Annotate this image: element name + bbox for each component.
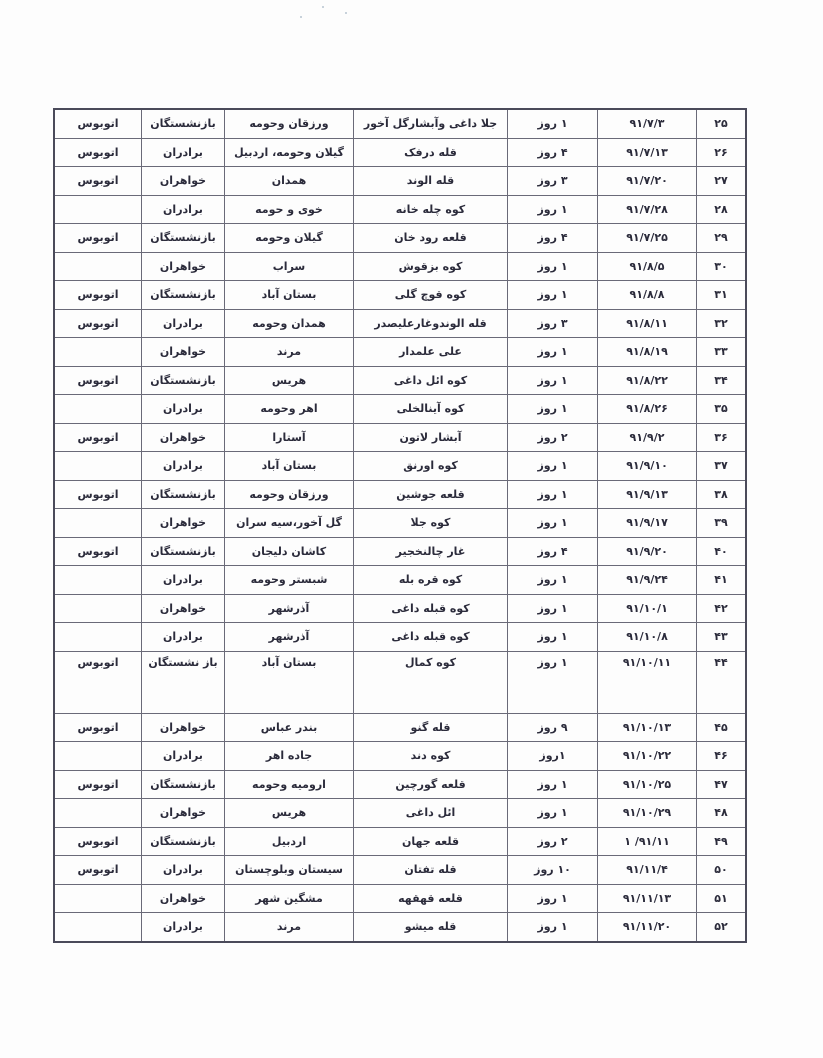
table-row: ۳۷۹۱/۹/۱۰۱ روزکوه اورنقبستان آبادبرادران — [54, 452, 746, 481]
row-number-cell: ۳۴ — [697, 366, 747, 395]
row-number-cell: ۳۰ — [697, 252, 747, 281]
transport-cell: اتوبوس — [54, 856, 142, 885]
group-cell: بازنشستگان — [142, 224, 225, 253]
row-number-cell: ۲۶ — [697, 138, 747, 167]
date-cell: ۹۱/۷/۱۳ — [598, 138, 697, 167]
row-number-cell: ۴۱ — [697, 566, 747, 595]
transport-cell — [54, 594, 142, 623]
duration-cell: ۱ روز — [508, 366, 598, 395]
group-cell: خواهران — [142, 884, 225, 913]
duration-cell: ۲ روز — [508, 827, 598, 856]
duration-cell: ۱ روز — [508, 480, 598, 509]
duration-cell: ۱ روز — [508, 252, 598, 281]
region-cell: بندر عباس — [225, 713, 354, 742]
destination-cell: کوه قبله داغی — [354, 594, 508, 623]
table-row: ۵۲۹۱/۱۱/۲۰۱ روزقله میشومرندبرادران — [54, 913, 746, 942]
row-number-cell: ۳۸ — [697, 480, 747, 509]
date-cell: ۹۱/۹/۱۳ — [598, 480, 697, 509]
transport-cell: اتوبوس — [54, 281, 142, 310]
destination-cell: کوه قبله داغی — [354, 623, 508, 652]
region-cell: هریس — [225, 799, 354, 828]
group-cell: بازنشستگان — [142, 480, 225, 509]
destination-cell: کوه قوچ گلی — [354, 281, 508, 310]
transport-cell — [54, 884, 142, 913]
date-cell: ۹۱/۱۰/۲۹ — [598, 799, 697, 828]
row-number-cell: ۳۳ — [697, 338, 747, 367]
duration-cell: ۳ روز — [508, 167, 598, 196]
date-cell: ۹۱/۱۱/۱۳ — [598, 884, 697, 913]
destination-cell: کوه چله خانه — [354, 195, 508, 224]
duration-cell: ۱ روز — [508, 338, 598, 367]
group-cell: برادران — [142, 566, 225, 595]
row-number-cell: ۵۱ — [697, 884, 747, 913]
table-row: ۲۶۹۱/۷/۱۳۴ روزقله درفکگیلان وحومه، اردبی… — [54, 138, 746, 167]
region-cell: آستارا — [225, 423, 354, 452]
destination-cell: کوه ائل داغی — [354, 366, 508, 395]
region-cell: آذرشهر — [225, 623, 354, 652]
transport-cell — [54, 452, 142, 481]
scan-speck — [300, 16, 302, 18]
duration-cell: ۱ روز — [508, 452, 598, 481]
transport-cell — [54, 566, 142, 595]
table-row: ۲۹۹۱/۷/۲۵۴ روزقلعه رود خانگیلان وحومهباز… — [54, 224, 746, 253]
duration-cell: ۱۰ روز — [508, 856, 598, 885]
date-cell: ۹۱/۹/۲ — [598, 423, 697, 452]
row-number-cell: ۴۰ — [697, 537, 747, 566]
table-row: ۲۵۹۱/۷/۳۱ روزجلا داغی وآبشارگل آخورورزقا… — [54, 109, 746, 138]
transport-cell: اتوبوس — [54, 167, 142, 196]
row-number-cell: ۴۸ — [697, 799, 747, 828]
region-cell: شبستر وحومه — [225, 566, 354, 595]
transport-cell: اتوبوس — [54, 109, 142, 138]
row-number-cell: ۲۹ — [697, 224, 747, 253]
region-cell: بستان آباد — [225, 281, 354, 310]
row-number-cell: ۵۲ — [697, 913, 747, 942]
group-cell: بازنشستگان — [142, 281, 225, 310]
duration-cell: ۱روز — [508, 742, 598, 771]
row-number-cell: ۳۷ — [697, 452, 747, 481]
destination-cell: قله میشو — [354, 913, 508, 942]
table-row: ۴۸۹۱/۱۰/۲۹۱ روزائل داغیهریسخواهران — [54, 799, 746, 828]
destination-cell: قله الوندوغارعلیصدر — [354, 309, 508, 338]
group-cell: خواهران — [142, 799, 225, 828]
duration-cell: ۱ روز — [508, 770, 598, 799]
date-cell: ۹۱/۸/۵ — [598, 252, 697, 281]
date-cell: ۹۱/۸/۱۹ — [598, 338, 697, 367]
region-cell: سیستان وبلوچستان — [225, 856, 354, 885]
transport-cell — [54, 395, 142, 424]
date-cell: ۹۱/۱۰/۱۱ — [598, 651, 697, 713]
date-cell: ۹۱/۷/۲۸ — [598, 195, 697, 224]
row-number-cell: ۳۹ — [697, 509, 747, 538]
region-cell: هریس — [225, 366, 354, 395]
table-row: ۴۶۹۱/۱۰/۲۲۱روزکوه دندجاده اهربرادران — [54, 742, 746, 771]
group-cell: برادران — [142, 195, 225, 224]
destination-cell: آبشار لاتون — [354, 423, 508, 452]
destination-cell: قله الوند — [354, 167, 508, 196]
duration-cell: ۱ روز — [508, 195, 598, 224]
program-schedule-table: ۲۵۹۱/۷/۳۱ روزجلا داغی وآبشارگل آخورورزقا… — [53, 108, 747, 943]
region-cell: ارومیه وحومه — [225, 770, 354, 799]
transport-cell — [54, 742, 142, 771]
table-row: ۳۵۹۱/۸/۲۶۱ روزکوه آینالخلیاهر وحومهبرادر… — [54, 395, 746, 424]
row-number-cell: ۳۲ — [697, 309, 747, 338]
destination-cell: قلعه قهقهه — [354, 884, 508, 913]
destination-cell: قلعه جوشین — [354, 480, 508, 509]
duration-cell: ۲ روز — [508, 423, 598, 452]
destination-cell: کوه بزقوش — [354, 252, 508, 281]
group-cell: خواهران — [142, 509, 225, 538]
transport-cell: اتوبوس — [54, 770, 142, 799]
region-cell: همدان — [225, 167, 354, 196]
date-cell: ۹۱/۷/۲۵ — [598, 224, 697, 253]
group-cell: بازنشستگان — [142, 109, 225, 138]
region-cell: مرند — [225, 913, 354, 942]
group-cell: باز نشستگان — [142, 651, 225, 713]
duration-cell: ۱ روز — [508, 395, 598, 424]
transport-cell: اتوبوس — [54, 827, 142, 856]
row-number-cell: ۴۳ — [697, 623, 747, 652]
destination-cell: ائل داغی — [354, 799, 508, 828]
row-number-cell: ۳۵ — [697, 395, 747, 424]
scan-speck — [345, 12, 347, 14]
duration-cell: ۱ روز — [508, 799, 598, 828]
duration-cell: ۱ روز — [508, 651, 598, 713]
duration-cell: ۱ روز — [508, 623, 598, 652]
schedule-table-body: ۲۵۹۱/۷/۳۱ روزجلا داغی وآبشارگل آخورورزقا… — [54, 109, 746, 942]
destination-cell: کوه دند — [354, 742, 508, 771]
table-row: ۳۸۹۱/۹/۱۳۱ روزقلعه جوشینورزقان وحومهبازن… — [54, 480, 746, 509]
destination-cell: غار چالنخجیر — [354, 537, 508, 566]
table-row: ۳۲۹۱/۸/۱۱۳ روزقله الوندوغارعلیصدرهمدان و… — [54, 309, 746, 338]
date-cell: ۹۱/۹/۱۷ — [598, 509, 697, 538]
region-cell: اردبیل — [225, 827, 354, 856]
duration-cell: ۱ روز — [508, 566, 598, 595]
table-row: ۳۹۹۱/۹/۱۷۱ روزکوه جلاگل آخور،سیه سرانخوا… — [54, 509, 746, 538]
group-cell: بازنشستگان — [142, 770, 225, 799]
date-cell: ۹۱/۷/۲۰ — [598, 167, 697, 196]
region-cell: اهر وحومه — [225, 395, 354, 424]
region-cell: جاده اهر — [225, 742, 354, 771]
table-row: ۳۰۹۱/۸/۵۱ روزکوه بزقوشسرابخواهران — [54, 252, 746, 281]
date-cell: ۹۱/۱۰/۸ — [598, 623, 697, 652]
transport-cell: اتوبوس — [54, 366, 142, 395]
date-cell: ۹۱/۸/۱۱ — [598, 309, 697, 338]
date-cell: ۹۱/۷/۳ — [598, 109, 697, 138]
date-cell: ۹۱/۹/۲۴ — [598, 566, 697, 595]
row-number-cell: ۴۹ — [697, 827, 747, 856]
duration-cell: ۴ روز — [508, 224, 598, 253]
date-cell: ۹۱/۹/۲۰ — [598, 537, 697, 566]
group-cell: برادران — [142, 742, 225, 771]
group-cell: خواهران — [142, 423, 225, 452]
region-cell: ورزقان وحومه — [225, 480, 354, 509]
group-cell: برادران — [142, 623, 225, 652]
duration-cell: ۱ روز — [508, 109, 598, 138]
group-cell: برادران — [142, 309, 225, 338]
table-row: ۳۳۹۱/۸/۱۹۱ روزعلی علمدارمرندخواهران — [54, 338, 746, 367]
scanned-page: ۲۵۹۱/۷/۳۱ روزجلا داغی وآبشارگل آخورورزقا… — [0, 0, 823, 1058]
region-cell: سراب — [225, 252, 354, 281]
group-cell: برادران — [142, 913, 225, 942]
destination-cell: قله تفتان — [354, 856, 508, 885]
transport-cell: اتوبوس — [54, 309, 142, 338]
transport-cell — [54, 799, 142, 828]
row-number-cell: ۳۱ — [697, 281, 747, 310]
region-cell: همدان وحومه — [225, 309, 354, 338]
date-cell: ۹۱/۱۰/۲۲ — [598, 742, 697, 771]
table-row: ۵۱۹۱/۱۱/۱۳۱ روزقلعه قهقههمشگین شهرخواهرا… — [54, 884, 746, 913]
destination-cell: کوه کمال — [354, 651, 508, 713]
table-row: ۲۸۹۱/۷/۲۸۱ روزکوه چله خانهخوی و حومهبراد… — [54, 195, 746, 224]
transport-cell: اتوبوس — [54, 537, 142, 566]
group-cell: بازنشستگان — [142, 827, 225, 856]
table-row: ۴۰۹۱/۹/۲۰۴ روزغار چالنخجیرکاشان دلیجانبا… — [54, 537, 746, 566]
date-cell: ۹۱/۱۱/ ۱ — [598, 827, 697, 856]
destination-cell: کوه قره بله — [354, 566, 508, 595]
table-row: ۲۷۹۱/۷/۲۰۳ روزقله الوندهمدانخواهراناتوبو… — [54, 167, 746, 196]
duration-cell: ۱ روز — [508, 509, 598, 538]
transport-cell: اتوبوس — [54, 480, 142, 509]
row-number-cell: ۲۵ — [697, 109, 747, 138]
row-number-cell: ۳۶ — [697, 423, 747, 452]
destination-cell: قله درفک — [354, 138, 508, 167]
region-cell: مشگین شهر — [225, 884, 354, 913]
row-number-cell: ۴۴ — [697, 651, 747, 713]
duration-cell: ۱ روز — [508, 884, 598, 913]
group-cell: خواهران — [142, 338, 225, 367]
transport-cell — [54, 509, 142, 538]
group-cell: خواهران — [142, 252, 225, 281]
region-cell: آذرشهر — [225, 594, 354, 623]
region-cell: گیلان وحومه — [225, 224, 354, 253]
table-row: ۴۲۹۱/۱۰/۱۱ روزکوه قبله داغیآذرشهرخواهران — [54, 594, 746, 623]
transport-cell — [54, 623, 142, 652]
row-number-cell: ۴۲ — [697, 594, 747, 623]
group-cell: خواهران — [142, 713, 225, 742]
date-cell: ۹۱/۱۱/۴ — [598, 856, 697, 885]
duration-cell: ۱ روز — [508, 281, 598, 310]
region-cell: ورزقان وحومه — [225, 109, 354, 138]
date-cell: ۹۱/۱۰/۱۳ — [598, 713, 697, 742]
destination-cell: کوه اورنق — [354, 452, 508, 481]
destination-cell: قلعه جهان — [354, 827, 508, 856]
table-row: ۳۱۹۱/۸/۸۱ روزکوه قوچ گلیبستان آبادبازنشس… — [54, 281, 746, 310]
row-number-cell: ۲۸ — [697, 195, 747, 224]
date-cell: ۹۱/۹/۱۰ — [598, 452, 697, 481]
scan-speck — [322, 6, 324, 8]
table-row: ۴۱۹۱/۹/۲۴۱ روزکوه قره بلهشبستر وحومهبراد… — [54, 566, 746, 595]
date-cell: ۹۱/۸/۲۲ — [598, 366, 697, 395]
transport-cell: اتوبوس — [54, 713, 142, 742]
table-row: ۴۹۹۱/۱۱/ ۱۲ روزقلعه جهاناردبیلبازنشستگان… — [54, 827, 746, 856]
table-row: ۴۴۹۱/۱۰/۱۱۱ روزکوه کمالبستان آبادباز نشس… — [54, 651, 746, 713]
region-cell: کاشان دلیجان — [225, 537, 354, 566]
row-number-cell: ۵۰ — [697, 856, 747, 885]
date-cell: ۹۱/۸/۲۶ — [598, 395, 697, 424]
duration-cell: ۹ روز — [508, 713, 598, 742]
group-cell: برادران — [142, 856, 225, 885]
group-cell: بازنشستگان — [142, 366, 225, 395]
row-number-cell: ۴۷ — [697, 770, 747, 799]
duration-cell: ۱ روز — [508, 913, 598, 942]
duration-cell: ۳ روز — [508, 309, 598, 338]
date-cell: ۹۱/۱۰/۲۵ — [598, 770, 697, 799]
destination-cell: قله گنو — [354, 713, 508, 742]
transport-cell — [54, 252, 142, 281]
group-cell: بازنشستگان — [142, 537, 225, 566]
row-number-cell: ۴۵ — [697, 713, 747, 742]
destination-cell: جلا داغی وآبشارگل آخور — [354, 109, 508, 138]
table-row: ۵۰۹۱/۱۱/۴۱۰ روزقله تفتانسیستان وبلوچستان… — [54, 856, 746, 885]
transport-cell: اتوبوس — [54, 224, 142, 253]
table-row: ۳۴۹۱/۸/۲۲۱ روزکوه ائل داغیهریسبازنشستگان… — [54, 366, 746, 395]
group-cell: خواهران — [142, 594, 225, 623]
transport-cell — [54, 913, 142, 942]
row-number-cell: ۲۷ — [697, 167, 747, 196]
duration-cell: ۴ روز — [508, 537, 598, 566]
transport-cell: اتوبوس — [54, 651, 142, 713]
region-cell: مرند — [225, 338, 354, 367]
region-cell: گل آخور،سیه سران — [225, 509, 354, 538]
transport-cell: اتوبوس — [54, 138, 142, 167]
duration-cell: ۴ روز — [508, 138, 598, 167]
group-cell: خواهران — [142, 167, 225, 196]
destination-cell: کوه آینالخلی — [354, 395, 508, 424]
group-cell: برادران — [142, 138, 225, 167]
table-row: ۴۷۹۱/۱۰/۲۵۱ روزقلعه گورچینارومیه وحومهبا… — [54, 770, 746, 799]
group-cell: برادران — [142, 452, 225, 481]
region-cell: گیلان وحومه، اردبیل — [225, 138, 354, 167]
row-number-cell: ۴۶ — [697, 742, 747, 771]
group-cell: برادران — [142, 395, 225, 424]
destination-cell: کوه جلا — [354, 509, 508, 538]
transport-cell: اتوبوس — [54, 423, 142, 452]
destination-cell: قلعه گورچین — [354, 770, 508, 799]
destination-cell: قلعه رود خان — [354, 224, 508, 253]
destination-cell: علی علمدار — [354, 338, 508, 367]
table-row: ۳۶۹۱/۹/۲۲ روزآبشار لاتونآستاراخواهراناتو… — [54, 423, 746, 452]
region-cell: بستان آباد — [225, 651, 354, 713]
table-row: ۴۵۹۱/۱۰/۱۳۹ روزقله گنوبندر عباسخواهرانات… — [54, 713, 746, 742]
region-cell: خوی و حومه — [225, 195, 354, 224]
table-row: ۴۳۹۱/۱۰/۸۱ روزکوه قبله داغیآذرشهربرادران — [54, 623, 746, 652]
duration-cell: ۱ روز — [508, 594, 598, 623]
transport-cell — [54, 195, 142, 224]
transport-cell — [54, 338, 142, 367]
region-cell: بستان آباد — [225, 452, 354, 481]
date-cell: ۹۱/۱۰/۱ — [598, 594, 697, 623]
date-cell: ۹۱/۸/۸ — [598, 281, 697, 310]
date-cell: ۹۱/۱۱/۲۰ — [598, 913, 697, 942]
